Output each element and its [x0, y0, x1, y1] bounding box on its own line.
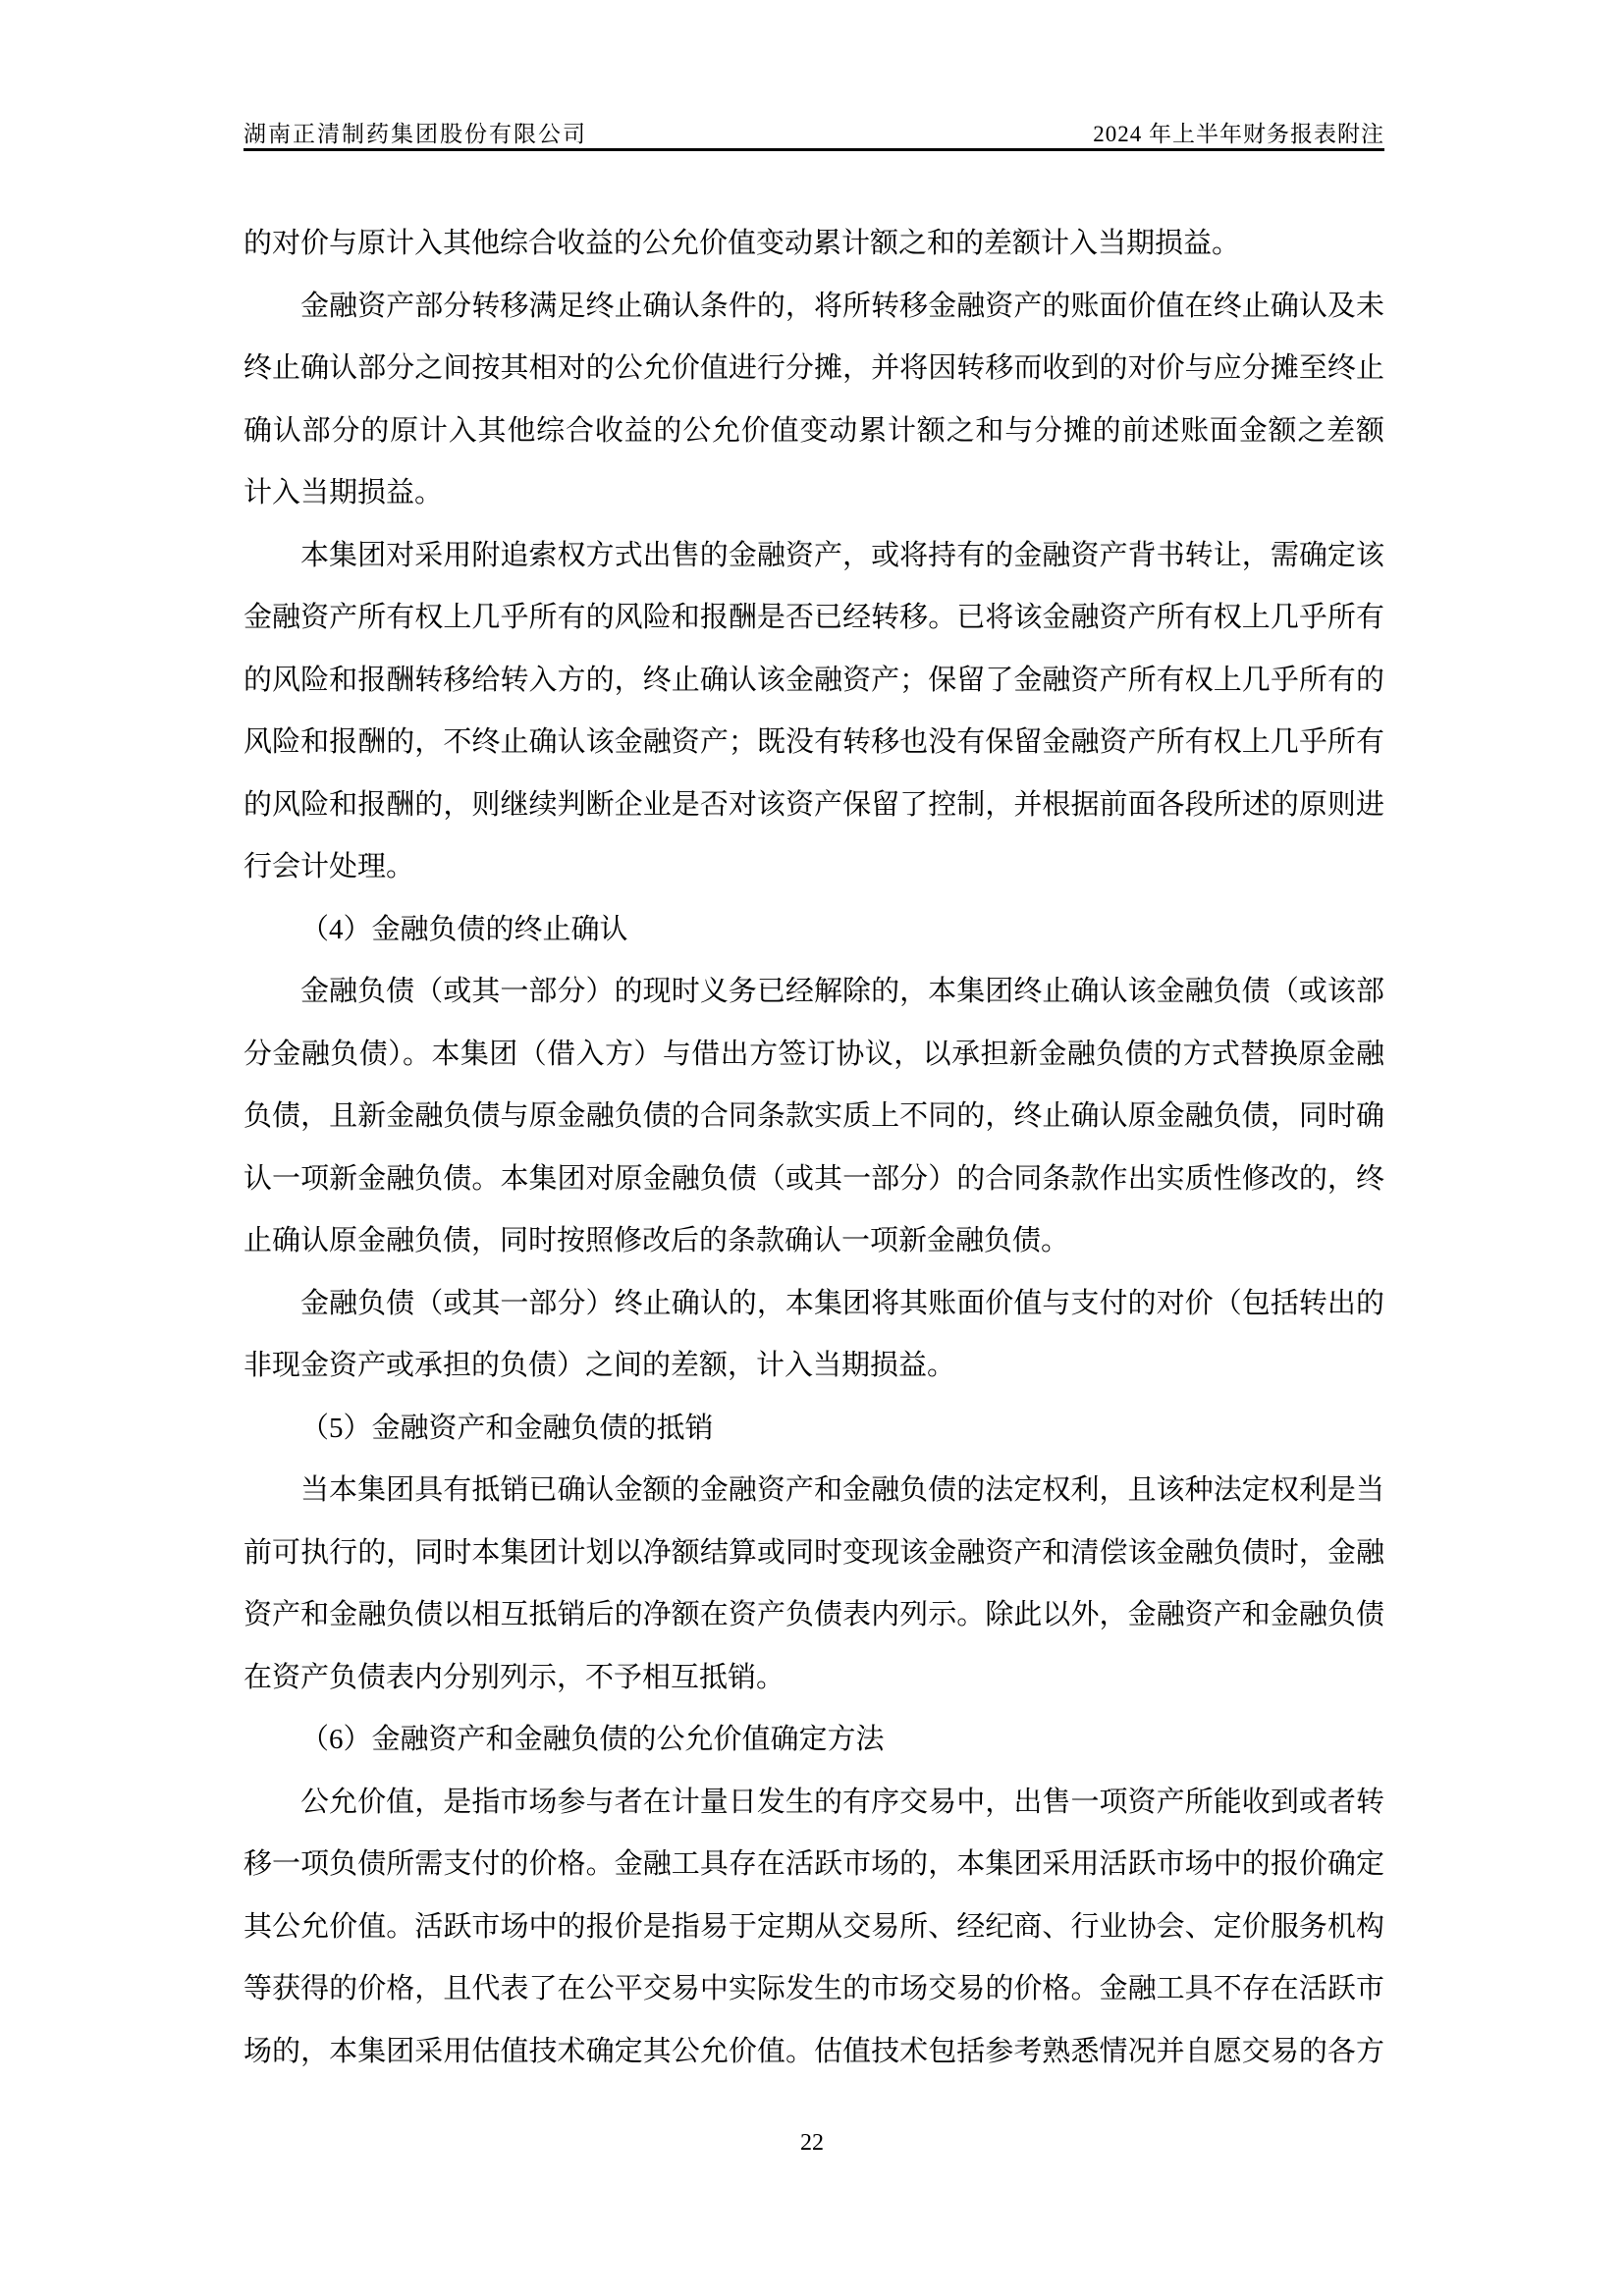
text-line: 在资产负债表内分别列示，不予相互抵销。: [244, 1647, 1384, 1710]
header-report-title: 2024 年上半年财务报表附注: [1093, 116, 1384, 148]
text-line: 其公允价值。活跃市场中的报价是指易于定期从交易所、经纪商、行业协会、定价服务机构: [244, 1896, 1384, 1959]
text-line: 止确认原金融负债，同时按照修改后的条款确认一项新金融负债。: [244, 1210, 1384, 1273]
text-line: 等获得的价格，且代表了在公平交易中实际发生的市场交易的价格。金融工具不存在活跃市: [244, 1958, 1384, 2021]
text-line: 金融资产部分转移满足终止确认条件的，将所转移金融资产的账面价值在终止确认及未: [244, 276, 1384, 339]
text-line: 确认部分的原计入其他综合收益的公允价值变动累计额之和与分摊的前述账面金额之差额: [244, 400, 1384, 463]
text-line: 的风险和报酬的，则继续判断企业是否对该资产保留了控制，并根据前面各段所述的原则进: [244, 774, 1384, 837]
text-line: 分金融负债）。本集团（借入方）与借出方签订协议，以承担新金融负债的方式替换原金融: [244, 1024, 1384, 1087]
text-line: 终止确认部分之间按其相对的公允价值进行分摊，并将因转移而收到的对价与应分摊至终止: [244, 338, 1384, 400]
document-page: 湖南正清制药集团股份有限公司 2024 年上半年财务报表附注 的对价与原计入其他…: [0, 0, 1624, 2296]
text-line: 公允价值，是指市场参与者在计量日发生的有序交易中，出售一项资产所能收到或者转: [244, 1772, 1384, 1835]
page-number: 22: [0, 2130, 1624, 2157]
text-line: 本集团对采用附追索权方式出售的金融资产，或将持有的金融资产背书转让，需确定该: [244, 525, 1384, 588]
text-line: 场的，本集团采用估值技术确定其公允价值。估值技术包括参考熟悉情况并自愿交易的各方: [244, 2021, 1384, 2084]
text-line: 非现金资产或承担的负债）之间的差额，计入当期损益。: [244, 1335, 1384, 1398]
text-line: （6）金融资产和金融负债的公允价值确定方法: [244, 1709, 1384, 1772]
text-line: 金融负债（或其一部分）的现时义务已经解除的，本集团终止确认该金融负债（或该部: [244, 961, 1384, 1024]
header-company-name: 湖南正清制药集团股份有限公司: [244, 116, 587, 148]
text-line: 金融负债（或其一部分）终止确认的，本集团将其账面价值与支付的对价（包括转出的: [244, 1273, 1384, 1336]
text-line: 当本集团具有抵销已确认金额的金融资产和金融负债的法定权利，且该种法定权利是当: [244, 1460, 1384, 1522]
header-divider: [244, 148, 1384, 151]
text-line: （5）金融资产和金融负债的抵销: [244, 1398, 1384, 1461]
text-line: 前可执行的，同时本集团计划以净额结算或同时变现该金融资产和清偿该金融负债时，金融: [244, 1522, 1384, 1585]
text-line: 资产和金融负债以相互抵销后的净额在资产负债表内列示。除此以外，金融资产和金融负债: [244, 1584, 1384, 1647]
text-line: （4）金融负债的终止确认: [244, 899, 1384, 962]
text-line: 的风险和报酬转移给转入方的，终止确认该金融资产；保留了金融资产所有权上几乎所有的: [244, 650, 1384, 713]
text-line: 计入当期损益。: [244, 462, 1384, 525]
text-line: 金融资产所有权上几乎所有的风险和报酬是否已经转移。已将该金融资产所有权上几乎所有: [244, 587, 1384, 650]
text-line: 的对价与原计入其他综合收益的公允价值变动累计额之和的差额计入当期损益。: [244, 213, 1384, 276]
text-line: 认一项新金融负债。本集团对原金融负债（或其一部分）的合同条款作出实质性修改的，终: [244, 1148, 1384, 1211]
body-text: 的对价与原计入其他综合收益的公允价值变动累计额之和的差额计入当期损益。金融资产部…: [244, 213, 1384, 2083]
text-line: 行会计处理。: [244, 836, 1384, 899]
text-line: 负债，且新金融负债与原金融负债的合同条款实质上不同的，终止确认原金融负债，同时确: [244, 1086, 1384, 1148]
text-line: 移一项负债所需支付的价格。金融工具存在活跃市场的，本集团采用活跃市场中的报价确定: [244, 1834, 1384, 1896]
text-line: 风险和报酬的，不终止确认该金融资产；既没有转移也没有保留金融资产所有权上几乎所有: [244, 712, 1384, 774]
